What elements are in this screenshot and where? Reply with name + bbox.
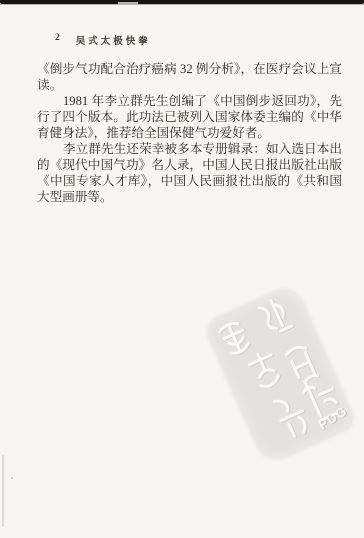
text-line: 《中国专家人才库》，中国人民画报社出版的《共和国专家》	[37, 173, 342, 189]
running-header: 2 吴式太极快拳	[55, 33, 151, 47]
text-line: 育健身法》，推荐给全国保健气功爱好者。	[37, 125, 342, 141]
text-line: 的《现代中国气功》名人录，中国人民日报出版社出版的	[37, 157, 342, 173]
text-line: 读。	[37, 77, 342, 93]
seal-glyph	[218, 320, 250, 356]
running-title: 吴式太极快拳	[76, 33, 151, 47]
text-line: 大型画册等。	[37, 189, 342, 205]
page-number: 2	[55, 33, 60, 47]
seal-glyph	[247, 349, 283, 389]
scan-edge-notch	[118, 2, 138, 4]
text-line: 行了四个版本。此功法已被列入国家体委主编的《中华体	[37, 109, 342, 125]
scan-left-edge-artifact	[2, 455, 4, 527]
text-line: 李立群先生还荣幸被多本专册辑录：如入选日本出版	[37, 141, 342, 157]
seal-glyph	[273, 393, 311, 439]
seal-watermark: PDG	[203, 283, 357, 465]
scanned-book-page: 2 吴式太极快拳 《倒步气功配合治疗癌病 32 例分析》，在医疗会议上宣 读。 …	[0, 0, 364, 538]
text-line: 《倒步气功配合治疗癌病 32 例分析》，在医疗会议上宣	[37, 61, 342, 77]
seal-glyphs-icon	[203, 283, 357, 465]
scan-speck-artifact	[11, 477, 13, 479]
seal-glyph	[258, 297, 291, 335]
text-line: 1981 年李立群先生创编了《中国倒步返回功》，先后刊	[37, 93, 342, 109]
seal-glyph	[285, 344, 317, 384]
scan-edge-shadow	[0, 4, 364, 5]
body-text: 《倒步气功配合治疗癌病 32 例分析》，在医疗会议上宣 读。 1981 年李立群…	[37, 61, 342, 205]
